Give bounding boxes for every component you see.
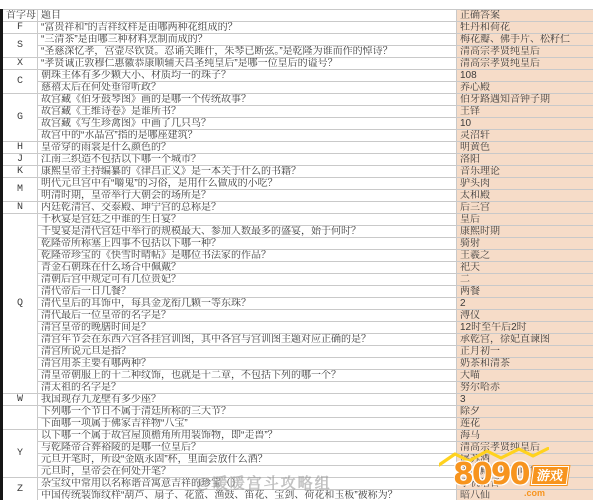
table-row: 故宫中的“水晶宫”指的是哪座建筑？灵沼轩 <box>2 130 593 142</box>
table-row: G故宫藏《伯牙鼓琴图》画的是哪一个传统故事？伯牙路遇知音钟子期 <box>2 94 593 106</box>
first-letter-cell: F <box>2 22 38 34</box>
question-cell: “富贵祥和”的吉祥纹样是由哪两种花组成的？ <box>38 22 457 34</box>
question-cell: 明代元旦宫中有“嚼鬼”的习俗，是用什么做成的小吃？ <box>38 178 457 190</box>
answer-cell: 海马 <box>457 430 593 442</box>
header-first-letter: 首字母 <box>2 10 38 22</box>
table-row: 清宫用茶主要有哪两种？奶茶和清茶 <box>2 358 593 370</box>
first-letter-cell <box>2 406 38 430</box>
question-cell: 慈禧太后在何处垂帘听政？ <box>38 82 457 94</box>
table-row: C朝珠主体有多少颗大小、材质均一的珠子？108 <box>2 70 593 82</box>
first-letter-cell: J <box>2 154 38 166</box>
answer-cell: 努尔哈赤 <box>457 382 593 394</box>
question-cell: 江南三织造不包括以下哪一个城市？ <box>38 154 457 166</box>
answer-cell: 承乾宫，徐妃直谏图 <box>457 334 593 346</box>
answer-cell: 太和殿 <box>457 190 593 202</box>
table-row: N内廷乾清宫、交泰殿、坤宁宫的总称是？后三宫 <box>2 202 593 214</box>
answer-cell: 王羲之 <box>457 250 593 262</box>
quiz-answer-table: 首字母 题目 正确答案 F“富贵祥和”的吉祥纹样是由哪两种花组成的？牡丹和荷花S… <box>0 9 593 500</box>
header-answer: 正确答案 <box>457 10 593 22</box>
table-row: H皇帝穿的雨裳是什么颜色的？明黄色 <box>2 142 593 154</box>
first-letter-cell: Z <box>2 478 38 500</box>
header-row: 首字母 题目 正确答案 <box>2 10 593 22</box>
question-cell: 与乾隆帝合葬裕陵的是哪一位皇后？ <box>38 442 457 454</box>
answer-cell: 养心殿 <box>457 82 593 94</box>
answer-table-body: F“富贵祥和”的吉祥纹样是由哪两种花组成的？牡丹和荷花S“三清茶”是由哪三种材料… <box>2 22 593 500</box>
logo-number: 8090 <box>453 461 529 489</box>
first-letter-cell: M <box>2 178 38 202</box>
first-letter-cell: Y <box>2 430 38 478</box>
question-cell: 元旦开笔时，所设“金瓯永固”杯，里面会放什么酒？ <box>38 454 457 466</box>
answer-cell: 音乐理论 <box>457 166 593 178</box>
question-cell: 明清时期，皇帝举行大朝会的场所是？ <box>38 190 457 202</box>
question-cell: 故宫藏《伯牙鼓琴图》画的是哪一个传统故事？ <box>38 94 457 106</box>
question-cell: 青金石朝珠在什么场合中佩戴？ <box>38 262 457 274</box>
question-cell: 千秋宴是宫廷之中谁的生日宴？ <box>38 214 457 226</box>
question-cell: 清宫用茶主要有哪两种？ <box>38 358 457 370</box>
answer-cell: 驴头肉 <box>457 178 593 190</box>
question-cell: 清宫皇帝的晚膳时间是？ <box>38 322 457 334</box>
page: { "header": { "col_letter": "首字母", "col_… <box>0 0 593 500</box>
first-letter-cell: K <box>2 166 38 178</box>
answer-cell: 3 <box>457 394 593 406</box>
answer-cell: 洛阳 <box>457 154 593 166</box>
answer-cell: 祀天 <box>457 262 593 274</box>
question-cell: 乾隆帝珍宝的《快雪时晴帖》是哪位书法家的作品？ <box>38 250 457 262</box>
table-row: 乾隆帝珍宝的《快雪时晴帖》是哪位书法家的作品？王羲之 <box>2 250 593 262</box>
answer-cell: 清高宗孝贤纯皇后 <box>457 58 593 70</box>
answer-cell: 除夕 <box>457 406 593 418</box>
answer-cell: 牡丹和荷花 <box>457 22 593 34</box>
table-row: 明清时期，皇帝举行大朝会的场所是？太和殿 <box>2 190 593 202</box>
logo-domain: .com <box>524 488 545 498</box>
answer-cell: 二 <box>457 274 593 286</box>
question-cell: 清宫所说元旦是指？ <box>38 346 457 358</box>
answer-cell: 溥仪 <box>457 310 593 322</box>
answer-cell: 后三宫 <box>457 202 593 214</box>
question-cell: 清朝后宫中规定可有几位贵妃？ <box>38 274 457 286</box>
question-cell: 以下哪一个属于故宫屋顶檐角所用装饰物，即“走兽”？ <box>38 430 457 442</box>
header-question: 题目 <box>38 10 457 22</box>
answer-cell: 清高宗孝贤纯皇后 <box>457 46 593 58</box>
answer-cell: 伯牙路遇知音钟子期 <box>457 94 593 106</box>
question-cell: 朝珠主体有多少颗大小、材质均一的珠子？ <box>38 70 457 82</box>
question-cell: 内廷乾清宫、交泰殿、坤宁宫的总称是？ <box>38 202 457 214</box>
table-row: 下列哪一个节日不属于清廷所称的三大节？除夕 <box>2 406 593 418</box>
first-letter-cell: S <box>2 34 38 58</box>
first-letter-cell: C <box>2 70 38 94</box>
answer-cell: 梅花瓣、佛手片、松籽仁 <box>457 34 593 46</box>
question-cell: 下列哪一个节日不属于清廷所称的三大节？ <box>38 406 457 418</box>
table-row: 清宫所说元旦是指？正月初一 <box>2 346 593 358</box>
question-cell: 乾隆帝所称塞上四事不包括以下哪一种？ <box>38 238 457 250</box>
question-cell: 清代最后一位皇帝的名字是？ <box>38 310 457 322</box>
first-letter-cell: N <box>2 202 38 214</box>
answer-cell: 灵沼轩 <box>457 130 593 142</box>
answer-cell: 正月初一 <box>457 346 593 358</box>
table-row: 清太祖的名字是？努尔哈赤 <box>2 382 593 394</box>
table-row: F“富贵祥和”的吉祥纹样是由哪两种花组成的？牡丹和荷花 <box>2 22 593 34</box>
question-cell: 皇帝穿的雨裳是什么颜色的？ <box>38 142 457 154</box>
question-cell: 清代帝后一日几餐？ <box>38 286 457 298</box>
site-logo-8090[interactable]: 8090 游戏 .com <box>449 449 591 499</box>
table-row: 乾隆帝所称塞上四事不包括以下哪一种？骑射 <box>2 238 593 250</box>
first-letter-cell: X <box>2 58 38 70</box>
table-row: 故宫藏《王维诗卷》是谁所书？王铎 <box>2 106 593 118</box>
table-row: 清皇帝朝服上的十二种纹饰，也就是十二章，不包括下列的哪一个？大喵 <box>2 370 593 382</box>
question-cell: 中国传统装饰纹样“葫芦、扇子、花篮、渔鼓、笛花、宝剑、荷花和玉板”被称为？ <box>38 490 457 500</box>
logo-game-badge: 游戏 <box>530 466 569 485</box>
answer-cell: 奶茶和清茶 <box>457 358 593 370</box>
table-row: 清代皇后的耳饰中，每具金龙衔几颗一等东珠？2 <box>2 298 593 310</box>
question-cell: 清太祖的名字是？ <box>38 382 457 394</box>
table-row: 清朝后宫中规定可有几位贵妃？二 <box>2 274 593 286</box>
question-cell: 康熙皇帝主持编纂的《律吕正义》是一本关于什么的书籍？ <box>38 166 457 178</box>
first-letter-cell: H <box>2 142 38 154</box>
table-row: M明代元旦宫中有“嚼鬼”的习俗，是用什么做成的小吃？驴头肉 <box>2 178 593 190</box>
answer-cell: 12时至午后2时 <box>457 322 593 334</box>
first-letter-cell: Q <box>2 214 38 394</box>
table-row: “圣慈深忆孝，宫壸尽钦贤。忍诵关雎什，朱琴已断弦。”是乾隆为谁而作的悼诗？清高宗… <box>2 46 593 58</box>
answer-cell: 莲花 <box>457 418 593 430</box>
question-cell: 杂宝纹中常用以名称谐音寓意吉祥的珍宝（） <box>38 478 457 490</box>
first-letter-cell: W <box>2 394 38 406</box>
answer-cell: 骑射 <box>457 238 593 250</box>
table-row: X“孝贤诚正敦穆仁惠徽恭康顺辅天昌圣纯皇后”是哪一位皇后的谥号？清高宗孝贤纯皇后 <box>2 58 593 70</box>
question-cell: “圣慈深忆孝，宫壸尽钦贤。忍诵关雎什，朱琴已断弦。”是乾隆为谁而作的悼诗？ <box>38 46 457 58</box>
table-row: Y以下哪一个属于故宫屋顶檐角所用装饰物，即“走兽”？海马 <box>2 430 593 442</box>
answer-cell: 康熙时期 <box>457 226 593 238</box>
table-row: 清代最后一位皇帝的名字是？溥仪 <box>2 310 593 322</box>
question-cell: 千叟宴是清代宫廷中举行的规模最大、参加人数最多的盛宴，始于何时？ <box>38 226 457 238</box>
answer-cell: 王铎 <box>457 106 593 118</box>
table-row: K康熙皇帝主持编纂的《律吕正义》是一本关于什么的书籍？音乐理论 <box>2 166 593 178</box>
answer-cell: 2 <box>457 298 593 310</box>
answer-cell: 10 <box>457 118 593 130</box>
table-row: 清宫年节会在东西六宫各挂宫训图，其中各宫与宫训图主题对应正确的是？承乾宫，徐妃直… <box>2 334 593 346</box>
question-cell: 故宫藏《写生珍禽图》中画了几只鸟？ <box>38 118 457 130</box>
answer-cell: 明黄色 <box>457 142 593 154</box>
question-cell: 清宫年节会在东西六宫各挂宫训图，其中各宫与宫训图主题对应正确的是？ <box>38 334 457 346</box>
table-row: W我国现存九龙壁有多少座？3 <box>2 394 593 406</box>
table-row: 清宫皇帝的晚膳时间是？12时至午后2时 <box>2 322 593 334</box>
question-cell: 清代皇后的耳饰中，每具金龙衔几颗一等东珠？ <box>38 298 457 310</box>
table-row: S“三清茶”是由哪三种材料烹制而成的？梅花瓣、佛手片、松籽仁 <box>2 34 593 46</box>
question-cell: “孝贤诚正敦穆仁惠徽恭康顺辅天昌圣纯皇后”是哪一位皇后的谥号？ <box>38 58 457 70</box>
table-row: 慈禧太后在何处垂帘听政？养心殿 <box>2 82 593 94</box>
table-row: 下面哪一项属于佛家吉祥物“八宝”莲花 <box>2 418 593 430</box>
table-row: 故宫藏《写生珍禽图》中画了几只鸟？10 <box>2 118 593 130</box>
table-row: 青金石朝珠在什么场合中佩戴？祀天 <box>2 262 593 274</box>
table-row: Q千秋宴是宫廷之中谁的生日宴？皇后 <box>2 214 593 226</box>
table-row: J江南三织造不包括以下哪一个城市？洛阳 <box>2 154 593 166</box>
question-cell: 清皇帝朝服上的十二种纹饰，也就是十二章，不包括下列的哪一个？ <box>38 370 457 382</box>
question-cell: 下面哪一项属于佛家吉祥物“八宝” <box>38 418 457 430</box>
table-row: 清代帝后一日几餐？两餐 <box>2 286 593 298</box>
question-cell: 故宫中的“水晶宫”指的是哪座建筑？ <box>38 130 457 142</box>
question-cell: 元旦时，皇帝会在何处开笔？ <box>38 466 457 478</box>
answer-cell: 108 <box>457 70 593 82</box>
answer-cell: 大喵 <box>457 370 593 382</box>
question-cell: “三清茶”是由哪三种材料烹制而成的？ <box>38 34 457 46</box>
first-letter-cell: G <box>2 94 38 142</box>
question-cell: 故宫藏《王维诗卷》是谁所书？ <box>38 106 457 118</box>
answer-cell: 皇后 <box>457 214 593 226</box>
answer-cell: 两餐 <box>457 286 593 298</box>
question-cell: 我国现存九龙壁有多少座？ <box>38 394 457 406</box>
table-row: 千叟宴是清代宫廷中举行的规模最大、参加人数最多的盛宴，始于何时？康熙时期 <box>2 226 593 238</box>
